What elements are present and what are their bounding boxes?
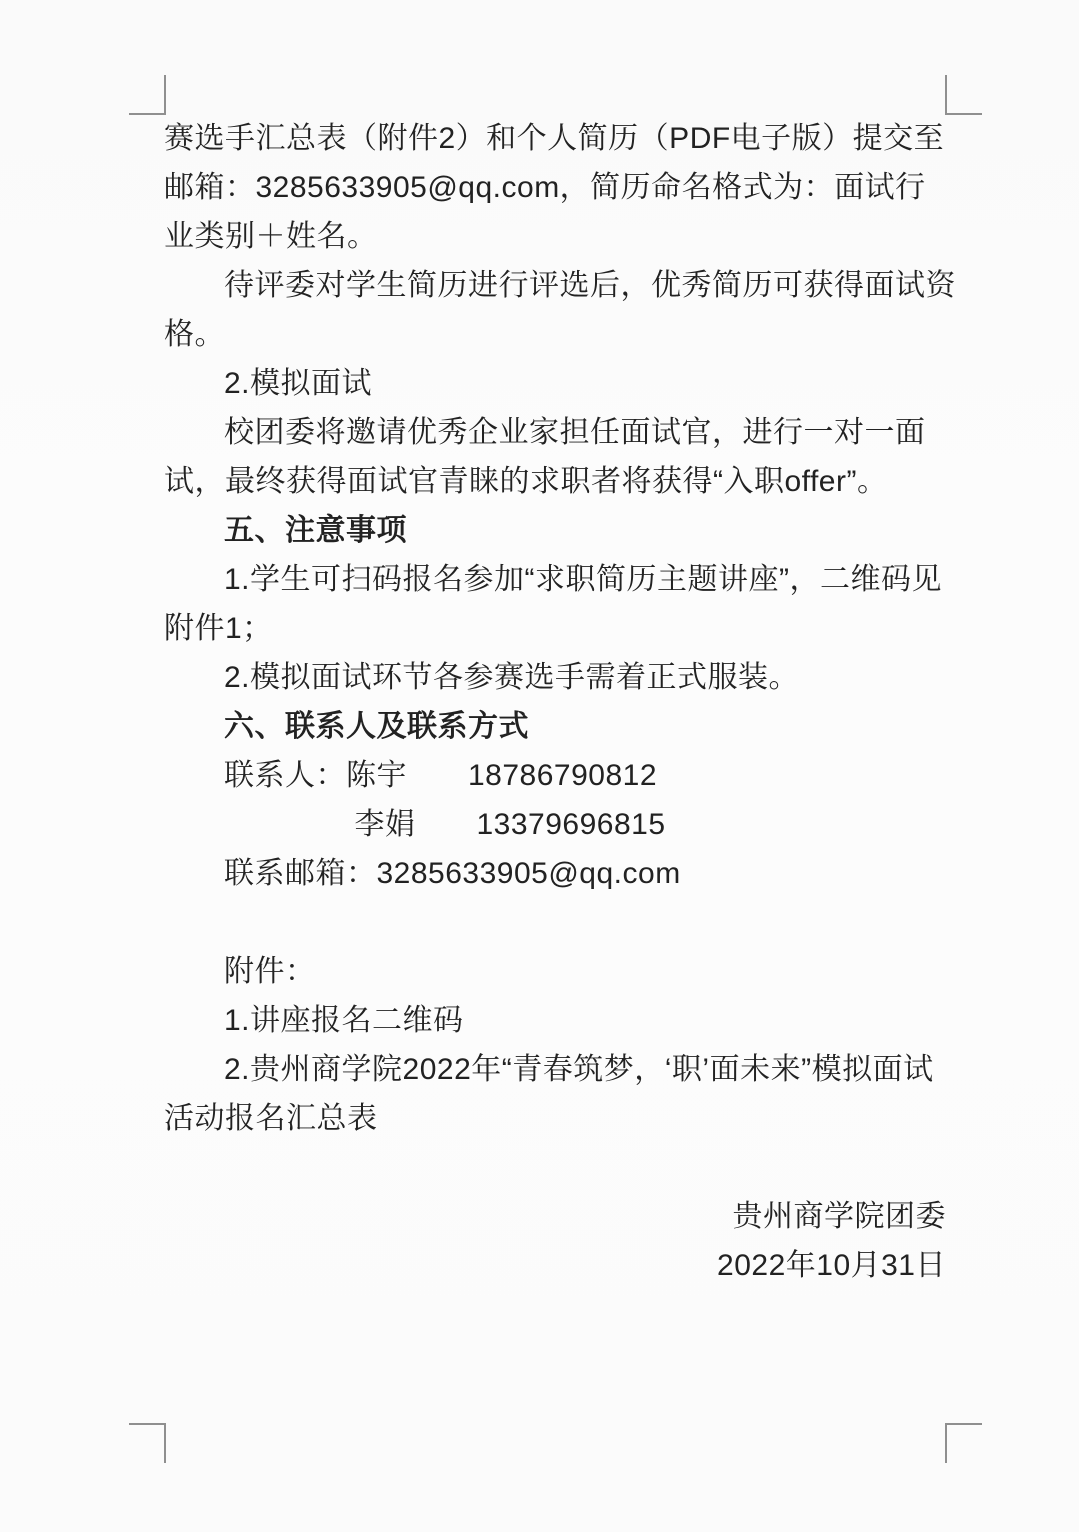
crop-mark-top-right xyxy=(945,75,982,115)
text-line: 2.模拟面试 xyxy=(164,359,946,408)
text-line: 业类别＋姓名。 xyxy=(164,212,946,261)
text-line: 六、联系人及联系方式 xyxy=(164,702,946,751)
text-line: 格。 xyxy=(164,310,946,359)
text-line: 2.贵州商学院2022年“青春筑梦，‘职’面未来”模拟面试 xyxy=(164,1045,946,1094)
crop-mark-top-left xyxy=(129,75,166,115)
crop-mark-bottom-right xyxy=(945,1423,982,1463)
text-line: 1.讲座报名二维码 xyxy=(164,996,946,1045)
text-line: 贵州商学院团委 xyxy=(164,1192,946,1241)
document-page: 赛选手汇总表（附件2）和个人简历（PDF电子版）提交至邮箱：3285633905… xyxy=(0,0,1079,1532)
text-line: 2022年10月31日 xyxy=(164,1241,946,1290)
text-line: 赛选手汇总表（附件2）和个人简历（PDF电子版）提交至 xyxy=(164,114,946,163)
text-line: 待评委对学生简历进行评选后，优秀简历可获得面试资 xyxy=(164,261,946,310)
text-line: 2.模拟面试环节各参赛选手需着正式服装。 xyxy=(164,653,946,702)
text-line: 试，最终获得面试官青睐的求职者将获得“入职offer”。 xyxy=(164,457,946,506)
text-line: 1.学生可扫码报名参加“求职简历主题讲座”，二维码见 xyxy=(164,555,946,604)
text-line: 联系人：陈宇 18786790812 xyxy=(164,751,946,800)
text-line: 附件： xyxy=(164,947,946,996)
text-line: 附件1； xyxy=(164,604,946,653)
text-line: 活动报名汇总表 xyxy=(164,1094,946,1143)
crop-mark-bottom-left xyxy=(129,1423,166,1463)
text-line: 李娟 13379696815 xyxy=(164,800,946,849)
text-line: 邮箱：3285633905@qq.com，简历命名格式为：面试行 xyxy=(164,163,946,212)
document-text: 赛选手汇总表（附件2）和个人简历（PDF电子版）提交至邮箱：3285633905… xyxy=(164,114,946,1290)
text-line: 五、注意事项 xyxy=(164,506,946,555)
text-line: 校团委将邀请优秀企业家担任面试官，进行一对一面 xyxy=(164,408,946,457)
blank-line xyxy=(164,898,946,947)
text-line: 联系邮箱：3285633905@qq.com xyxy=(164,849,946,898)
blank-line xyxy=(164,1143,946,1192)
